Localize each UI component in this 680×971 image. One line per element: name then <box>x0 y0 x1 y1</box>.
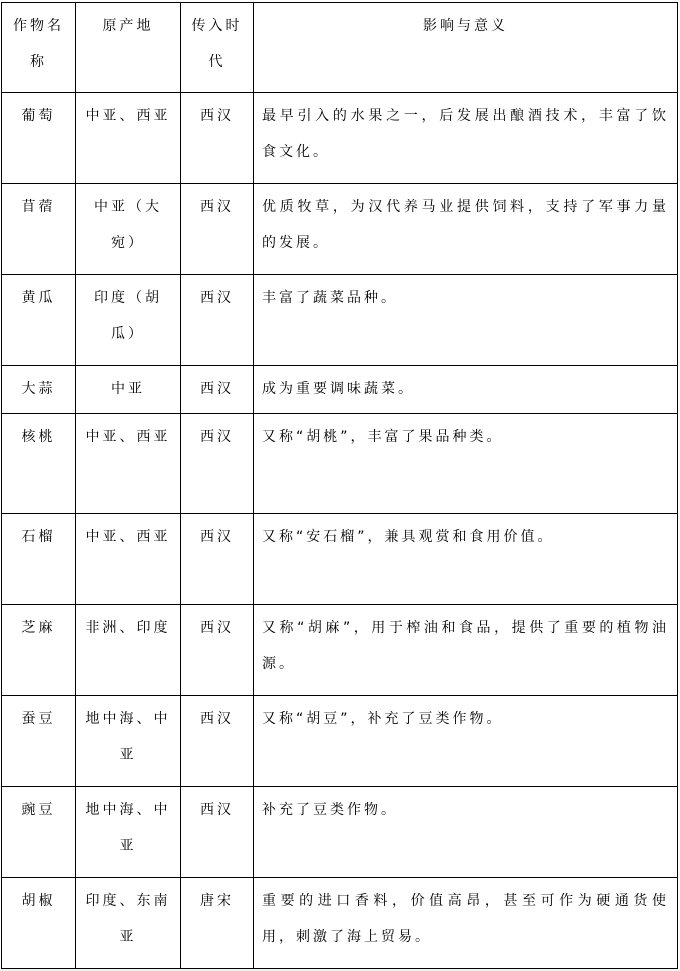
era-cell: 唐宋 <box>181 878 253 919</box>
impact-cell: 又称“胡桃”，丰富了果品种类。 <box>254 414 677 455</box>
table-row: 葡萄 中亚、西亚 西汉 最早引入的水果之一，后发展出酿酒技术，丰富了饮食文化。 <box>2 93 678 184</box>
origin-cell: 地中海、中亚 <box>76 696 180 773</box>
header-era: 传入时代 <box>181 3 254 93</box>
table-row: 苜蓿 中亚（大宛） 西汉 优质牧草，为汉代养马业提供饲料，支持了军事力量的发展。 <box>2 184 678 275</box>
origin-cell: 中亚 <box>76 366 180 407</box>
table-row: 核桃 中亚、西亚 西汉 又称“胡桃”，丰富了果品种类。 <box>2 414 678 514</box>
header-label: 影响与意义 <box>254 3 677 44</box>
era-cell: 西汉 <box>181 275 253 316</box>
table-row: 豌豆 地中海、中亚 西汉 补充了豆类作物。 <box>2 787 678 878</box>
crop-name-cell: 葡萄 <box>2 93 75 134</box>
header-crop-name: 作物名称 <box>2 3 76 93</box>
impact-cell: 最早引入的水果之一，后发展出酿酒技术，丰富了饮食文化。 <box>254 93 677 170</box>
crop-name-cell: 芝麻 <box>2 605 75 646</box>
origin-cell: 中亚、西亚 <box>76 93 180 134</box>
impact-cell: 又称“胡麻”，用于榨油和食品，提供了重要的植物油源。 <box>254 605 677 682</box>
origin-cell: 印度（胡瓜） <box>76 275 180 352</box>
era-cell: 西汉 <box>181 366 253 407</box>
era-cell: 西汉 <box>181 787 253 828</box>
crop-name-cell: 石榴 <box>2 514 75 555</box>
impact-cell: 又称“安石榴”，兼具观赏和食用价值。 <box>254 514 677 555</box>
crop-introduction-table: 作物名称 原产地 传入时代 影响与意义 葡萄 中亚、西亚 西汉 最早引入的水果之… <box>1 2 678 969</box>
header-origin: 原产地 <box>76 3 181 93</box>
era-cell: 西汉 <box>181 696 253 737</box>
crop-name-cell: 胡椒 <box>2 878 75 919</box>
era-cell: 西汉 <box>181 605 253 646</box>
impact-cell: 又称“胡豆”，补充了豆类作物。 <box>254 696 677 737</box>
table-row: 黄瓜 印度（胡瓜） 西汉 丰富了蔬菜品种。 <box>2 275 678 366</box>
table-row: 石榴 中亚、西亚 西汉 又称“安石榴”，兼具观赏和食用价值。 <box>2 514 678 605</box>
header-label: 原产地 <box>76 3 180 44</box>
table-row: 大蒜 中亚 西汉 成为重要调味蔬菜。 <box>2 366 678 414</box>
era-cell: 西汉 <box>181 184 253 225</box>
header-label: 作物名称 <box>2 3 75 80</box>
crop-name-cell: 苜蓿 <box>2 184 75 225</box>
impact-cell: 重要的进口香料，价值高昂，甚至可作为硬通货使用，刺激了海上贸易。 <box>254 878 677 955</box>
era-cell: 西汉 <box>181 93 253 134</box>
header-label: 传入时代 <box>181 3 253 80</box>
crop-name-cell: 豌豆 <box>2 787 75 828</box>
era-cell: 西汉 <box>181 514 253 555</box>
origin-cell: 中亚、西亚 <box>76 514 180 555</box>
impact-cell: 成为重要调味蔬菜。 <box>254 366 677 407</box>
crop-name-cell: 大蒜 <box>2 366 75 407</box>
origin-cell: 非洲、印度 <box>76 605 180 646</box>
crop-name-cell: 黄瓜 <box>2 275 75 316</box>
table-row: 芝麻 非洲、印度 西汉 又称“胡麻”，用于榨油和食品，提供了重要的植物油源。 <box>2 605 678 696</box>
table-row: 蚕豆 地中海、中亚 西汉 又称“胡豆”，补充了豆类作物。 <box>2 696 678 787</box>
origin-cell: 地中海、中亚 <box>76 787 180 864</box>
era-cell: 西汉 <box>181 414 253 455</box>
origin-cell: 中亚（大宛） <box>76 184 180 261</box>
table-header-row: 作物名称 原产地 传入时代 影响与意义 <box>2 3 678 93</box>
table-row: 胡椒 印度、东南亚 唐宋 重要的进口香料，价值高昂，甚至可作为硬通货使用，刺激了… <box>2 878 678 969</box>
origin-cell: 中亚、西亚 <box>76 414 180 455</box>
impact-cell: 优质牧草，为汉代养马业提供饲料，支持了军事力量的发展。 <box>254 184 677 261</box>
origin-cell: 印度、东南亚 <box>76 878 180 955</box>
crop-name-cell: 核桃 <box>2 414 75 455</box>
crop-name-cell: 蚕豆 <box>2 696 75 737</box>
impact-cell: 补充了豆类作物。 <box>254 787 677 828</box>
impact-cell: 丰富了蔬菜品种。 <box>254 275 677 316</box>
header-impact: 影响与意义 <box>254 3 678 93</box>
